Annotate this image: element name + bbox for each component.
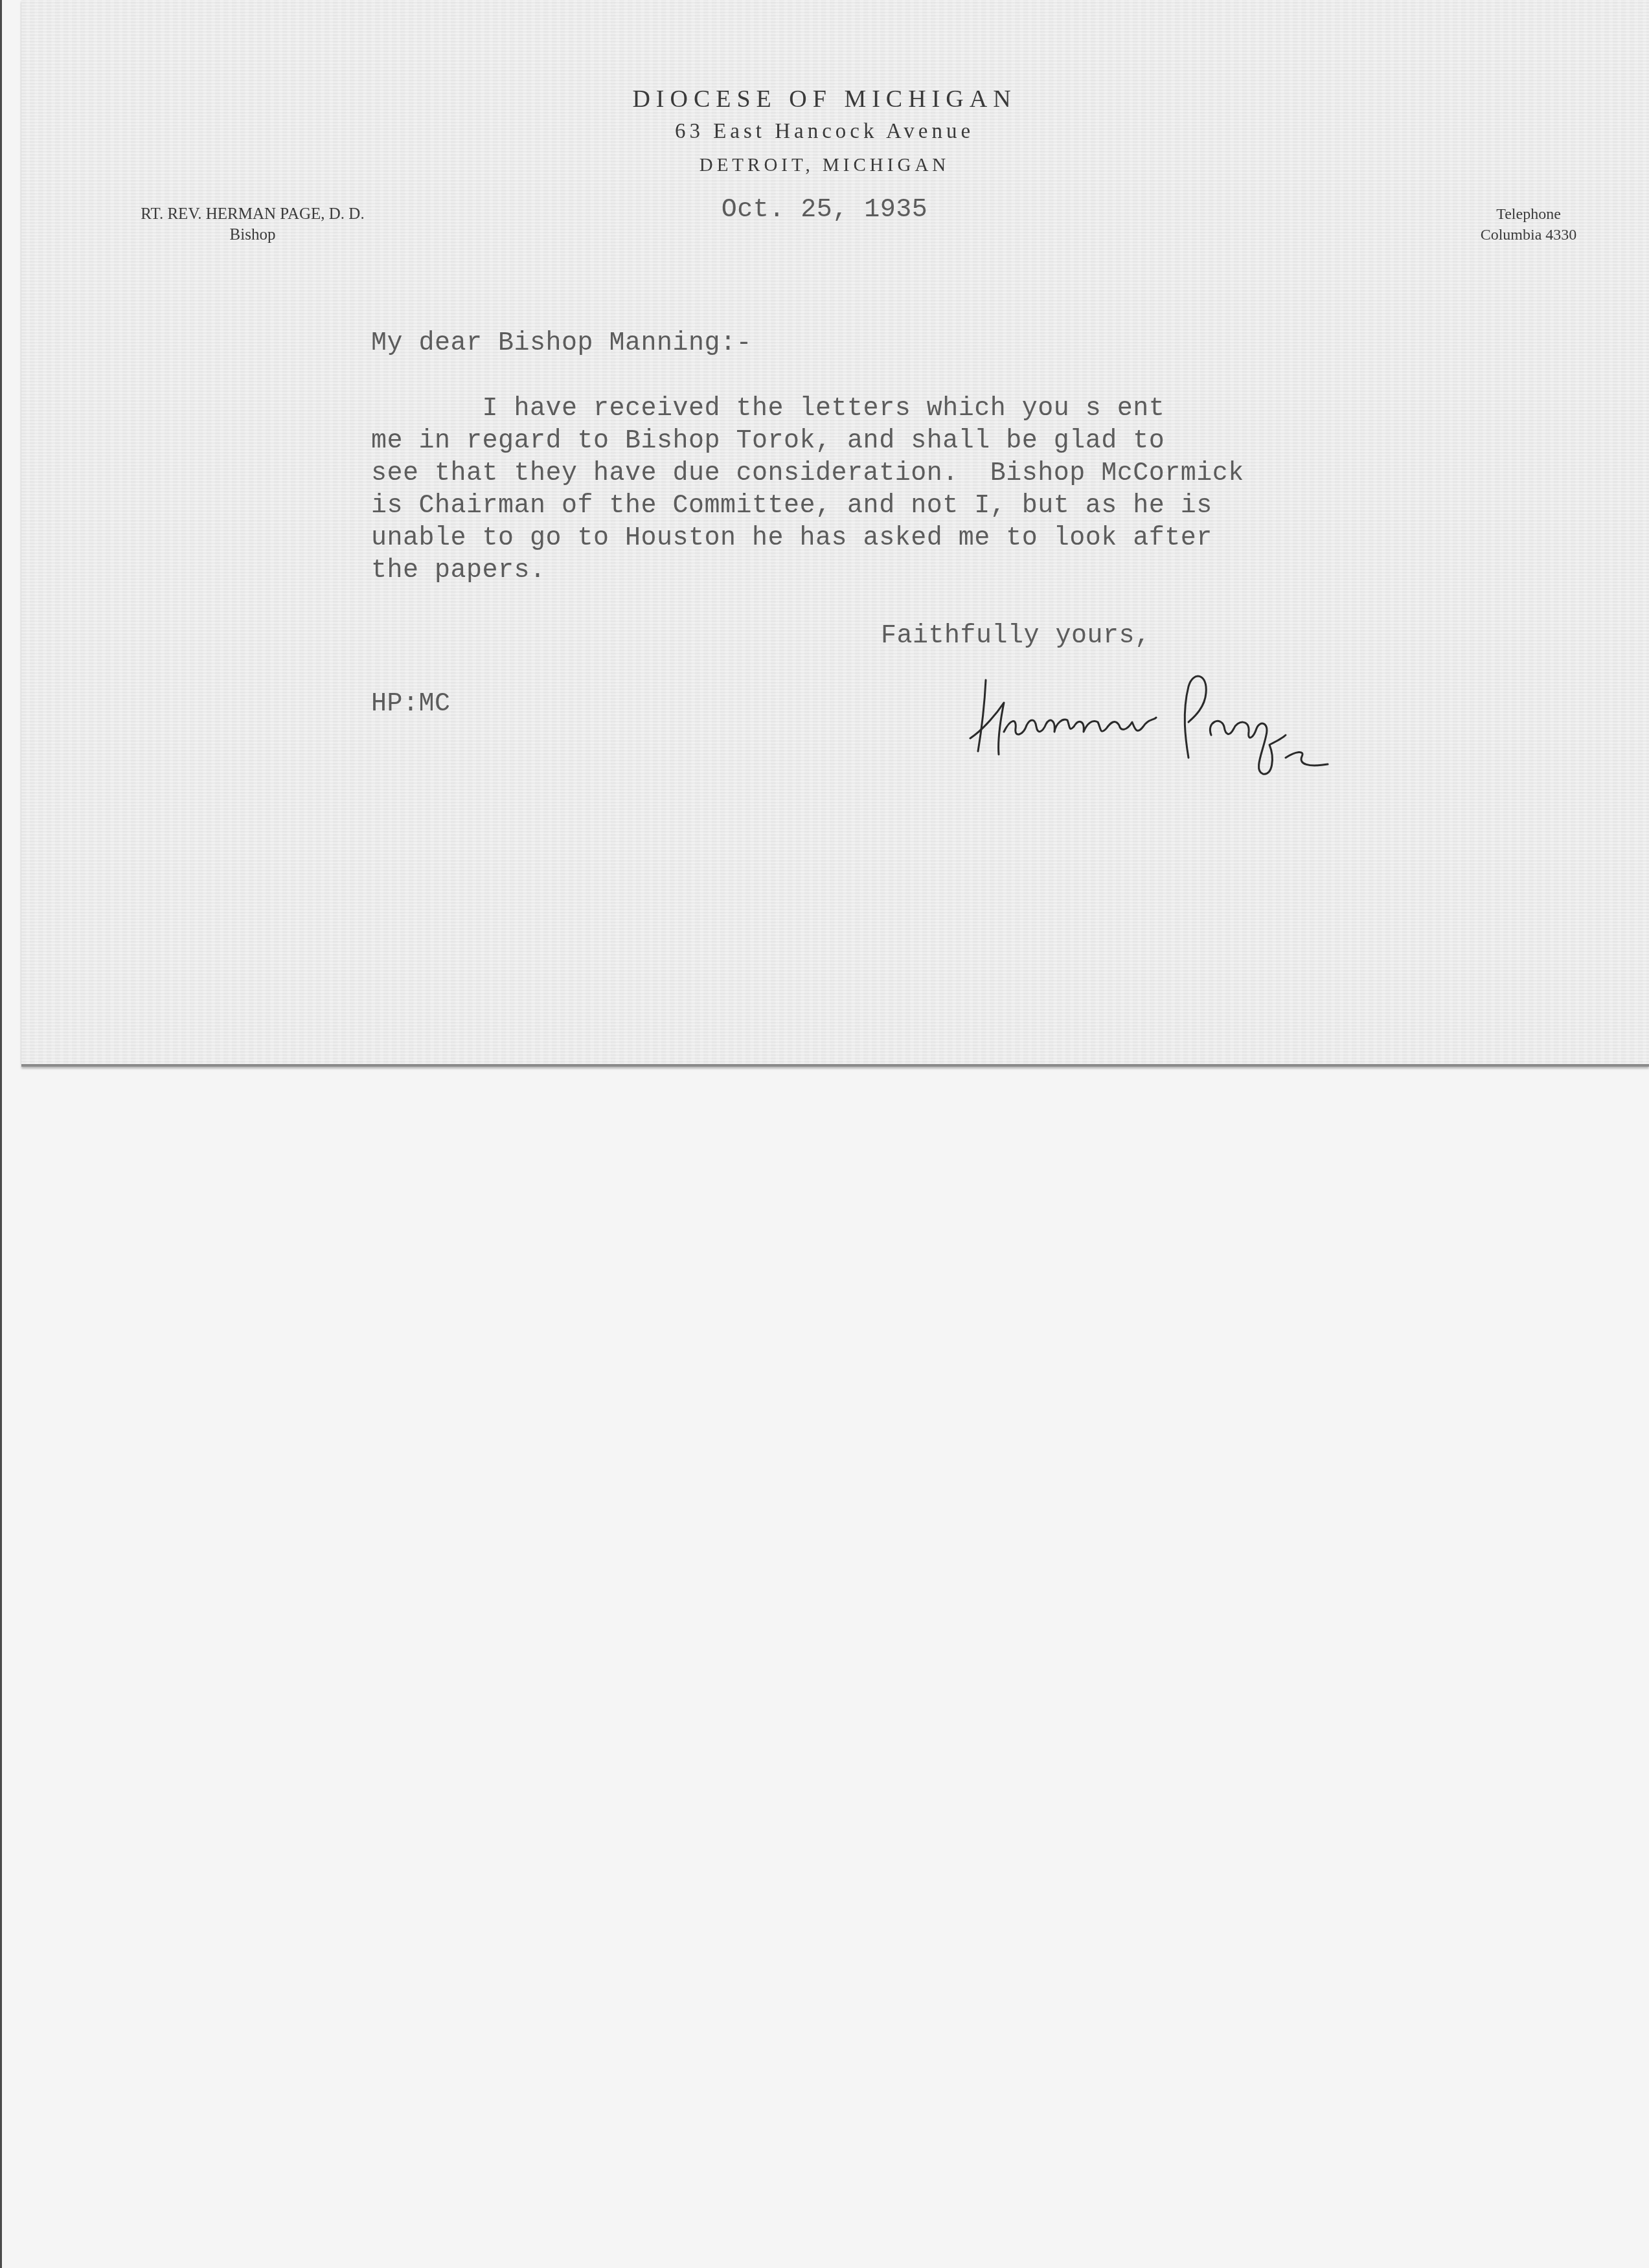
organization-street: 63 East Hancock Avenue	[0, 115, 1649, 148]
telephone-label: Telephone	[1464, 204, 1593, 225]
body-line: the papers.	[371, 555, 1472, 587]
reference-initials: HP:MC	[371, 690, 451, 719]
letter-body: I have received the letters which you s …	[371, 393, 1472, 587]
salutation: My dear Bishop Manning:-	[371, 329, 752, 358]
closing: Faithfully yours,	[881, 622, 1151, 651]
organization-city: DETROIT, MICHIGAN	[0, 148, 1649, 183]
body-line: I have received the letters which you s …	[371, 393, 1472, 425]
body-line: see that they have due consideration. Bi…	[371, 458, 1472, 490]
letterhead: DIOCESE OF MICHIGAN 63 East Hancock Aven…	[0, 83, 1649, 183]
bishop-title: Bishop	[104, 225, 402, 245]
telephone-number: Columbia 4330	[1464, 225, 1593, 245]
telephone-block: Telephone Columbia 4330	[1464, 204, 1593, 245]
body-line: is Chairman of the Committee, and not I,…	[371, 490, 1472, 523]
bishop-block: RT. REV. HERMAN PAGE, D. D. Bishop	[104, 204, 402, 245]
bishop-name: RT. REV. HERMAN PAGE, D. D.	[104, 204, 402, 225]
scan-edge	[0, 0, 2, 2268]
organization-name: DIOCESE OF MICHIGAN	[0, 83, 1649, 115]
body-line: me in regard to Bishop Torok, and shall …	[371, 425, 1472, 458]
body-line: unable to go to Houston he has asked me …	[371, 523, 1472, 555]
signature-image	[965, 667, 1464, 777]
